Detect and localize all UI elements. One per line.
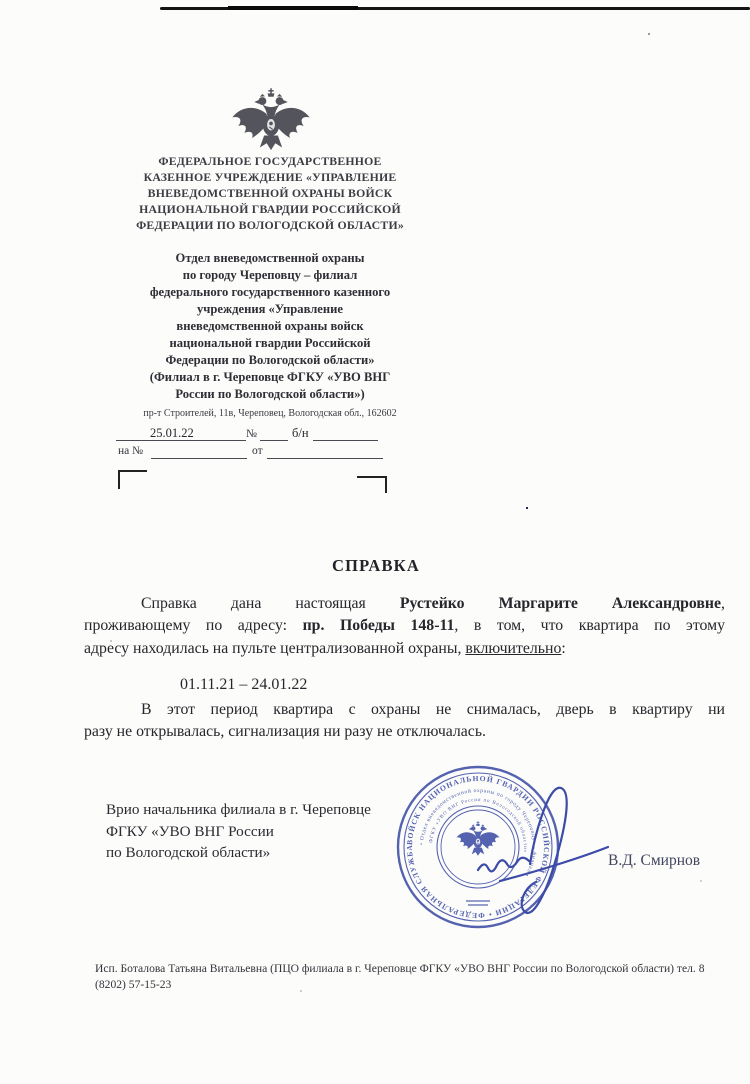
paragraph-line: разу не открывалась, сигнализация ни раз… xyxy=(84,721,725,743)
body-paragraph-2: В этот период квартира с охраны не снима… xyxy=(84,699,725,744)
body-paragraph-1: Справка дана настоящая Рустейко Маргарит… xyxy=(84,593,725,660)
branch-line: Федерации по Вологодской области» xyxy=(112,352,428,369)
signer-name: В.Д. Смирнов xyxy=(608,852,700,870)
paragraph-line: проживающему по адресу: пр. Победы 148-1… xyxy=(84,615,725,637)
text-run: Справка дана настоящая xyxy=(141,595,366,612)
from-label: от xyxy=(252,445,263,457)
signer-position: Врио начальника филиала в г. Череповце Ф… xyxy=(106,799,371,864)
number-underline-2 xyxy=(313,430,378,441)
branch-line: вневедомственной охраны войск xyxy=(112,318,428,335)
document-title: СПРАВКА xyxy=(84,556,668,576)
position-line: ФГКУ «УВО ВНГ России xyxy=(106,821,371,843)
text-run: адресу находилась на пульте централизова… xyxy=(84,640,461,657)
scan-artifact-line-thick xyxy=(228,6,358,10)
org-line: НАЦИОНАЛЬНОЙ ГВАРДИИ РОССИЙСКОЙ xyxy=(112,201,428,217)
from-underline xyxy=(267,448,383,459)
underlined-word: включительно xyxy=(465,640,561,657)
document-date: 25.01.22 xyxy=(150,426,194,441)
branch-line: (Филиал в г. Череповце ФГКУ «УВО ВНГ xyxy=(112,369,428,386)
branch-line: по городу Череповцу – филиал xyxy=(112,267,428,284)
organization-name: ФЕДЕРАЛЬНОЕ ГОСУДАРСТВЕННОЕ КАЗЕННОЕ УЧР… xyxy=(112,153,428,233)
branch-line: национальной гвардии Российской xyxy=(112,335,428,352)
recipient-address: пр. Победы 148-11 xyxy=(303,617,455,634)
position-line: по Вологодской области» xyxy=(106,842,371,864)
letterhead-address: пр-т Строителей, 11в, Череповец, Вологод… xyxy=(100,408,440,419)
signature-scribble xyxy=(440,768,695,933)
branch-line: учреждения «Управление xyxy=(112,301,428,318)
text-run: проживающему по адресу: xyxy=(84,617,287,634)
protection-period: 01.11.21 – 24.01.22 xyxy=(180,676,307,694)
branch-line: Отдел вневедомственной охраны xyxy=(112,250,428,267)
paragraph-line: Справка дана настоящая Рустейко Маргарит… xyxy=(84,593,725,615)
text-run: : xyxy=(561,640,565,657)
org-line: КАЗЕННОЕ УЧРЕЖДЕНИЕ «УПРАВЛЕНИЕ xyxy=(112,169,428,185)
scan-noise-specks xyxy=(0,0,2,2)
document-number: б/н xyxy=(292,426,309,441)
paragraph-line: адресу находилась на пульте централизова… xyxy=(84,638,725,660)
double-headed-eagle-emblem-icon xyxy=(228,88,314,152)
branch-line: России по Вологодской области») xyxy=(112,386,428,403)
position-line: Врио начальника филиала в г. Череповце xyxy=(106,799,371,821)
executor-note: Исп. Боталова Татьяна Витальевна (ПЦО фи… xyxy=(95,961,712,992)
text-run: , xyxy=(721,595,725,612)
scanned-certificate-page: ФЕДЕРАЛЬНОЕ ГОСУДАРСТВЕННОЕ КАЗЕННОЕ УЧР… xyxy=(0,0,750,1084)
reply-underline xyxy=(151,448,247,459)
text-run: , в том, что квартира по этому xyxy=(454,617,725,634)
org-line: ФЕДЕРАЦИИ ПО ВОЛОГОДСКОЙ ОБЛАСТИ» xyxy=(112,217,428,233)
branch-name: Отдел вневедомственной охраны по городу … xyxy=(112,250,428,403)
addressee-corner-mark-left xyxy=(118,470,147,489)
org-line: ФЕДЕРАЛЬНОЕ ГОСУДАРСТВЕННОЕ xyxy=(112,153,428,169)
paragraph-line: В этот период квартира с охраны не снима… xyxy=(84,699,725,721)
recipient-name: Рустейко Маргарите Александровне xyxy=(400,595,721,612)
addressee-corner-mark-right xyxy=(357,476,387,493)
number-label: № xyxy=(246,428,257,440)
number-underline xyxy=(260,430,288,441)
branch-line: федерального государственного казенного xyxy=(112,284,428,301)
reply-to-label: на № xyxy=(118,445,143,457)
org-line: ВНЕВЕДОМСТВЕННОЙ ОХРАНЫ ВОЙСК xyxy=(112,185,428,201)
